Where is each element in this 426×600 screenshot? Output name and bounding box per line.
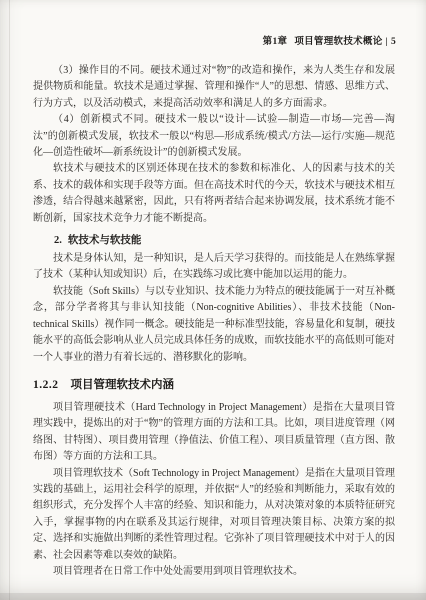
paragraph-innovation-mode: （4）创新模式不同。硬技术一般以“设计—试验—制造—市场—完善—淘汰”的创新模式… — [33, 112, 395, 161]
paragraph-skill-definition: 技术是身体认知，是一种知识，是人后天学习获得的。而技能是人在熟练掌握了技术（某种… — [33, 251, 395, 284]
page-body: （3）操作目的不同。硬技术通过对“物”的改造和操作，来为人类生存和发展提供物质和… — [0, 63, 426, 580]
chapter-title: 项目管理软技术概论 — [294, 37, 382, 47]
paragraph-operation-purpose: （3）操作目的不同。硬技术通过对“物”的改造和操作，来为人类生存和发展提供物质和… — [33, 63, 395, 112]
paragraph-soft-technology: 项目管理软技术（Soft Technology in Project Manag… — [33, 466, 395, 564]
chapter-number: 第1章 — [263, 37, 288, 47]
paragraph-tech-difference: 软技术与硬技术的区别还体现在技术的参数和标准化、人的因素与技术的关系、技术的载体… — [33, 161, 395, 227]
paragraph-soft-skills-concept: 软技能（Soft Skills）与以专业知识、技术能力为特点的硬技能属于一对互补… — [33, 284, 395, 366]
book-page: 第1章项目管理软技术概论|5 （3）操作目的不同。硬技术通过对“物”的改造和操作… — [0, 0, 426, 600]
section-number: 1.2.2 — [33, 379, 59, 391]
running-header: 第1章项目管理软技术概论|5 — [0, 0, 426, 47]
section-heading-connotation: 1.2.2项目管理软技术内涵 — [33, 376, 395, 392]
paragraph-hard-technology: 项目管理硬技术（Hard Technology in Project Manag… — [33, 400, 395, 466]
subsection-title: 软技术与软技能 — [68, 235, 142, 246]
header-separator: | — [386, 37, 388, 47]
section-title: 项目管理软技术内涵 — [71, 379, 175, 391]
page-number: 5 — [391, 37, 396, 47]
subsection-number: 2. — [54, 235, 62, 246]
paragraph-closing: 项目管理者在日常工作中处处需要用到项目管理软技术。 — [33, 564, 395, 580]
subsection-heading-soft-skills: 2.软技术与软技能 — [33, 232, 395, 247]
